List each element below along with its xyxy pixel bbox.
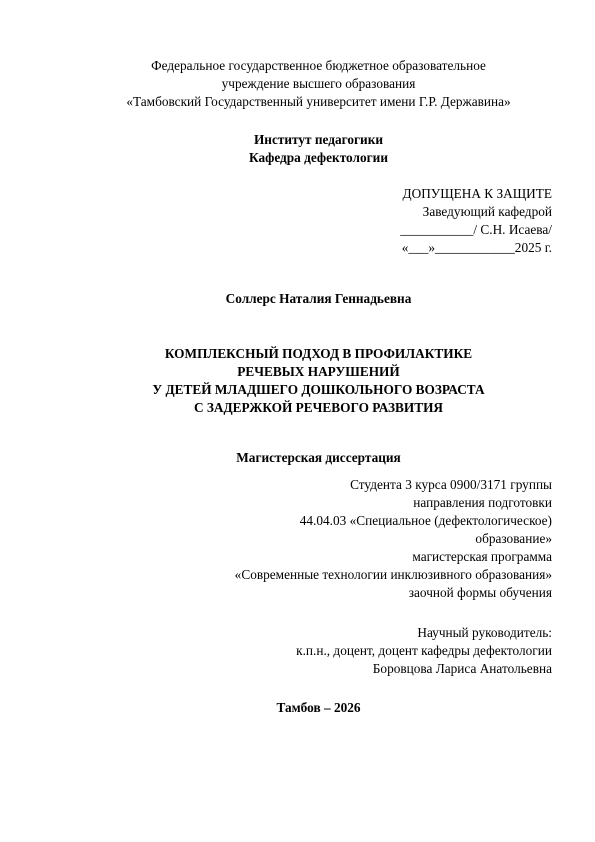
supervisor-label: Научный руководитель: xyxy=(85,624,552,642)
student-info-line-7: заочной формы обучения xyxy=(85,584,552,602)
institute-name: Институт педагогики xyxy=(85,131,552,149)
header-line-2: учреждение высшего образования xyxy=(85,75,552,93)
author-name: Соллерс Наталия Геннадьевна xyxy=(85,290,552,308)
thesis-title-line-4: С ЗАДЕРЖКОЙ РЕЧЕВОГО РАЗВИТИЯ xyxy=(85,399,552,417)
thesis-title-line-1: КОМПЛЕКСНЫЙ ПОДХОД В ПРОФИЛАКТИКЕ xyxy=(85,345,552,363)
student-info-line-6: «Современные технологии инклюзивного обр… xyxy=(85,566,552,584)
thesis-title: КОМПЛЕКСНЫЙ ПОДХОД В ПРОФИЛАКТИКЕ РЕЧЕВЫ… xyxy=(85,345,552,417)
student-info-line-4: образование» xyxy=(85,530,552,548)
student-info-line-3: 44.04.03 «Специальное (дефектологическое… xyxy=(85,512,552,530)
approval-role: Заведующий кафедрой xyxy=(85,203,552,221)
title-page: Федеральное государственное бюджетное об… xyxy=(85,0,552,842)
work-type-text: Магистерская диссертация xyxy=(85,449,552,467)
author-text: Соллерс Наталия Геннадьевна xyxy=(85,290,552,308)
approval-title: ДОПУЩЕНА К ЗАЩИТЕ xyxy=(85,185,552,203)
approval-date: «___»____________2025 г. xyxy=(85,239,552,257)
chair-name: Кафедра дефектологии xyxy=(85,149,552,167)
thesis-title-line-3: У ДЕТЕЙ МЛАДШЕГО ДОШКОЛЬНОГО ВОЗРАСТА xyxy=(85,381,552,399)
supervisor-title: к.п.н., доцент, доцент кафедры дефектоло… xyxy=(85,642,552,660)
approval-block: ДОПУЩЕНА К ЗАЩИТЕ Заведующий кафедрой __… xyxy=(85,185,552,257)
approval-signature: ___________/ С.Н. Исаева/ xyxy=(85,221,552,239)
supervisor-name: Боровцова Лариса Анатольевна xyxy=(85,660,552,678)
work-type: Магистерская диссертация xyxy=(85,449,552,467)
header-line-3: «Тамбовский Государственный университет … xyxy=(85,93,552,111)
student-info-block: Студента 3 курса 0900/3171 группы направ… xyxy=(85,476,552,602)
department-block: Институт педагогики Кафедра дефектологии xyxy=(85,131,552,167)
student-info-line-2: направления подготовки xyxy=(85,494,552,512)
supervisor-block: Научный руководитель: к.п.н., доцент, до… xyxy=(85,624,552,678)
city-year: Тамбов – 2026 xyxy=(85,699,552,717)
student-info-line-1: Студента 3 курса 0900/3171 группы xyxy=(85,476,552,494)
student-info-line-5: магистерская программа xyxy=(85,548,552,566)
header-line-1: Федеральное государственное бюджетное об… xyxy=(85,57,552,75)
thesis-title-line-2: РЕЧЕВЫХ НАРУШЕНИЙ xyxy=(85,363,552,381)
organization-header: Федеральное государственное бюджетное об… xyxy=(85,57,552,111)
city-year-text: Тамбов – 2026 xyxy=(85,699,552,717)
